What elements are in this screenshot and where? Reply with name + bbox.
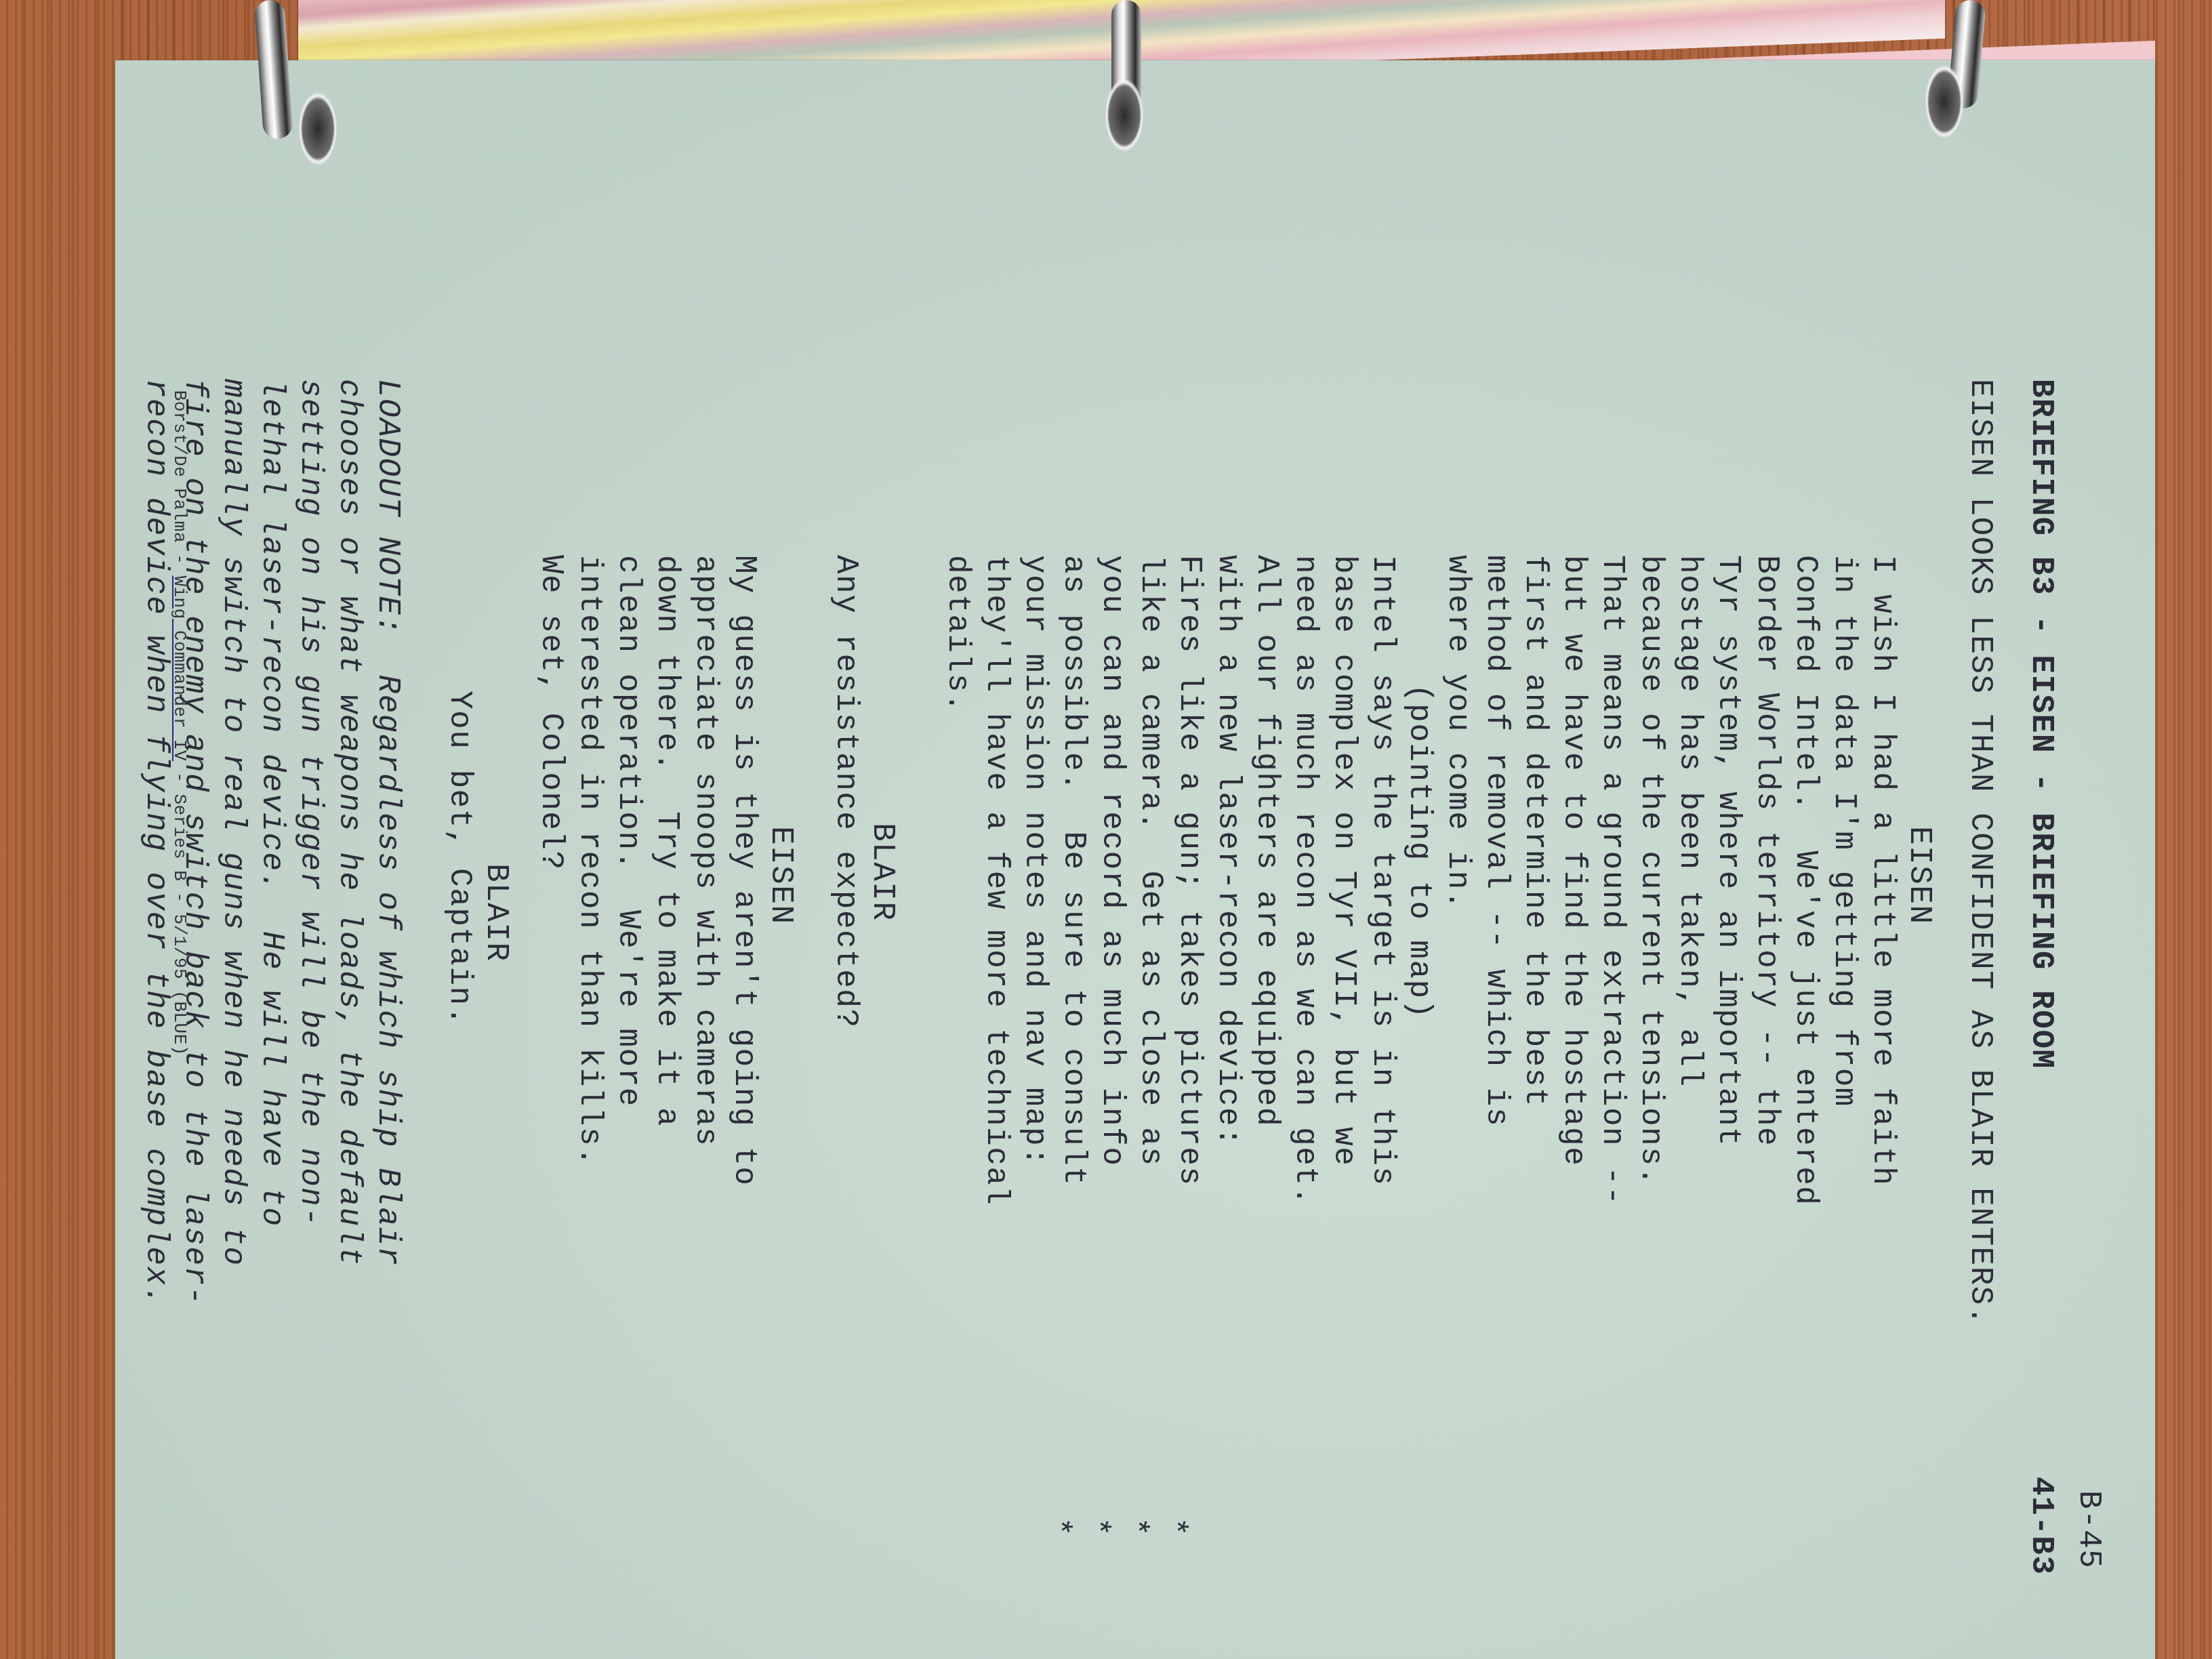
dialogue-eisen-3: My guess is they aren't going to appreci…: [531, 555, 763, 1186]
dialogue-blair-1: Any resistance expected?: [826, 555, 865, 1029]
scene-heading: BRIEFING B3 - EISEN - BRIEFING ROOM: [2022, 379, 2060, 1069]
character-cue-eisen: EISEN: [1900, 826, 1938, 925]
revision-asterisks: * * * *: [1038, 1517, 1193, 1537]
ring-hole-right: [1925, 64, 1964, 139]
character-cue-blair-2: BLAIR: [476, 863, 515, 962]
script-page: B-45 41-B3 BRIEFING B3 - EISEN - BRIEFIN…: [115, 60, 2155, 1659]
page-number: B-45: [2069, 1490, 2108, 1569]
scene-number: 41-B3: [2022, 1477, 2060, 1576]
footer-authors: Borst/De Palma -: [169, 390, 190, 576]
parenthetical: (pointing to map): [1399, 684, 1438, 1019]
page-footer: Borst/De Palma - Wing Commander IV - Ser…: [121, 325, 237, 1056]
action-line: EISEN LOOKS LESS THAN CONFIDENT AS BLAIR…: [1961, 379, 1999, 1326]
footer-series-date: - Series B - 5/1/95 (BLUE): [169, 761, 190, 1056]
dialogue-eisen-1: I wish I had a little more faith in the …: [1438, 555, 1902, 1206]
character-cue-blair: BLAIR: [863, 823, 901, 922]
ring-hole-middle: [1105, 78, 1144, 152]
footer-title: Wing Commander IV: [169, 575, 190, 761]
dialogue-blair-2: You bet, Captain.: [440, 691, 478, 1026]
character-cue-eisen-2: EISEN: [761, 826, 800, 925]
ring-hole-left: [298, 91, 337, 166]
dialogue-eisen-2: Intel says the target is in this base co…: [938, 555, 1401, 1206]
